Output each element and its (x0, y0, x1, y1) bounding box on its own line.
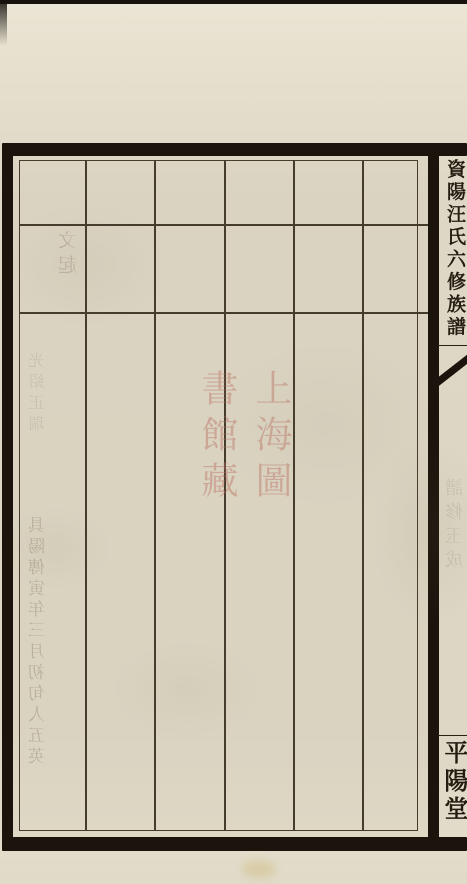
bleedthrough-text: 具陽傳寅年三月初旬人五英 (27, 516, 51, 768)
seal-column-left: 書館藏 (193, 369, 239, 507)
genealogy-page-scan: 資陽汪氏六修族譜 平陽堂 上海圖 書館藏 文起 光紹正瑞 具陽傳寅年三月初旬人五… (0, 0, 467, 884)
header-rule-line (19, 224, 428, 226)
paper-stain (242, 860, 276, 878)
hall-name-box: 平陽堂 (438, 735, 467, 832)
column-divider (154, 161, 156, 831)
bleedthrough-text: 譜修玉成 (443, 478, 467, 574)
scan-edge-shadow (0, 0, 7, 46)
library-collection-seal: 上海圖 書館藏 (189, 367, 297, 515)
column-divider (85, 161, 87, 831)
seal-column-right: 上海圖 (247, 369, 293, 507)
book-title-box: 資陽汪氏六修族譜 (438, 156, 467, 346)
bleedthrough-text: 文起 (55, 230, 82, 280)
bleedthrough-text: 光紹正瑞 (26, 352, 49, 436)
column-divider (362, 161, 364, 831)
frame-border-top (3, 143, 467, 156)
frame-border-left (2, 143, 13, 851)
header-rule-line (19, 312, 428, 314)
hall-name: 平陽堂 (441, 740, 467, 830)
frame-border-bottom (3, 837, 467, 851)
book-title: 資陽汪氏六修族譜 (442, 159, 467, 343)
